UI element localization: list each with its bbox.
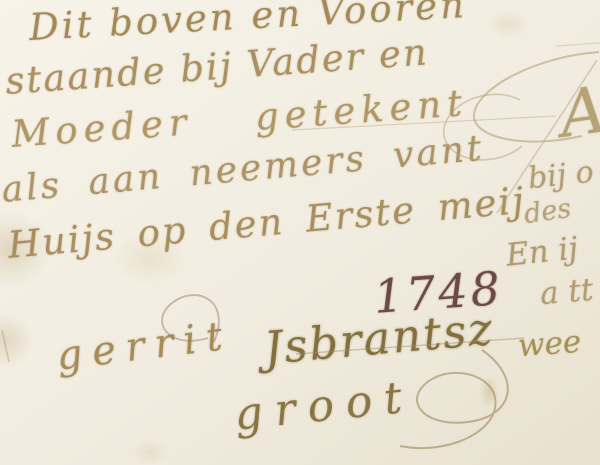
margin-fragment-capital: A <box>555 73 600 153</box>
left-edge-mark <box>2 330 9 362</box>
margin-fragment-bij: bij o <box>526 155 595 197</box>
groot-swash-flourish <box>400 350 508 448</box>
margin-fragment-att: a tt <box>539 272 595 313</box>
line1-tail-dash <box>556 43 600 46</box>
manuscript-page: Dit boven en Vooren staande bij Vader en… <box>0 0 600 465</box>
signature-patronymic: Jsbrantsz <box>262 302 496 375</box>
signature-surname: groot <box>232 371 416 441</box>
signature-first-name: gerrit <box>54 313 235 380</box>
margin-fragment-en: En ij <box>504 230 579 273</box>
margin-fragment-wee: wee <box>517 324 583 364</box>
margin-fragment-des: des <box>522 193 573 230</box>
